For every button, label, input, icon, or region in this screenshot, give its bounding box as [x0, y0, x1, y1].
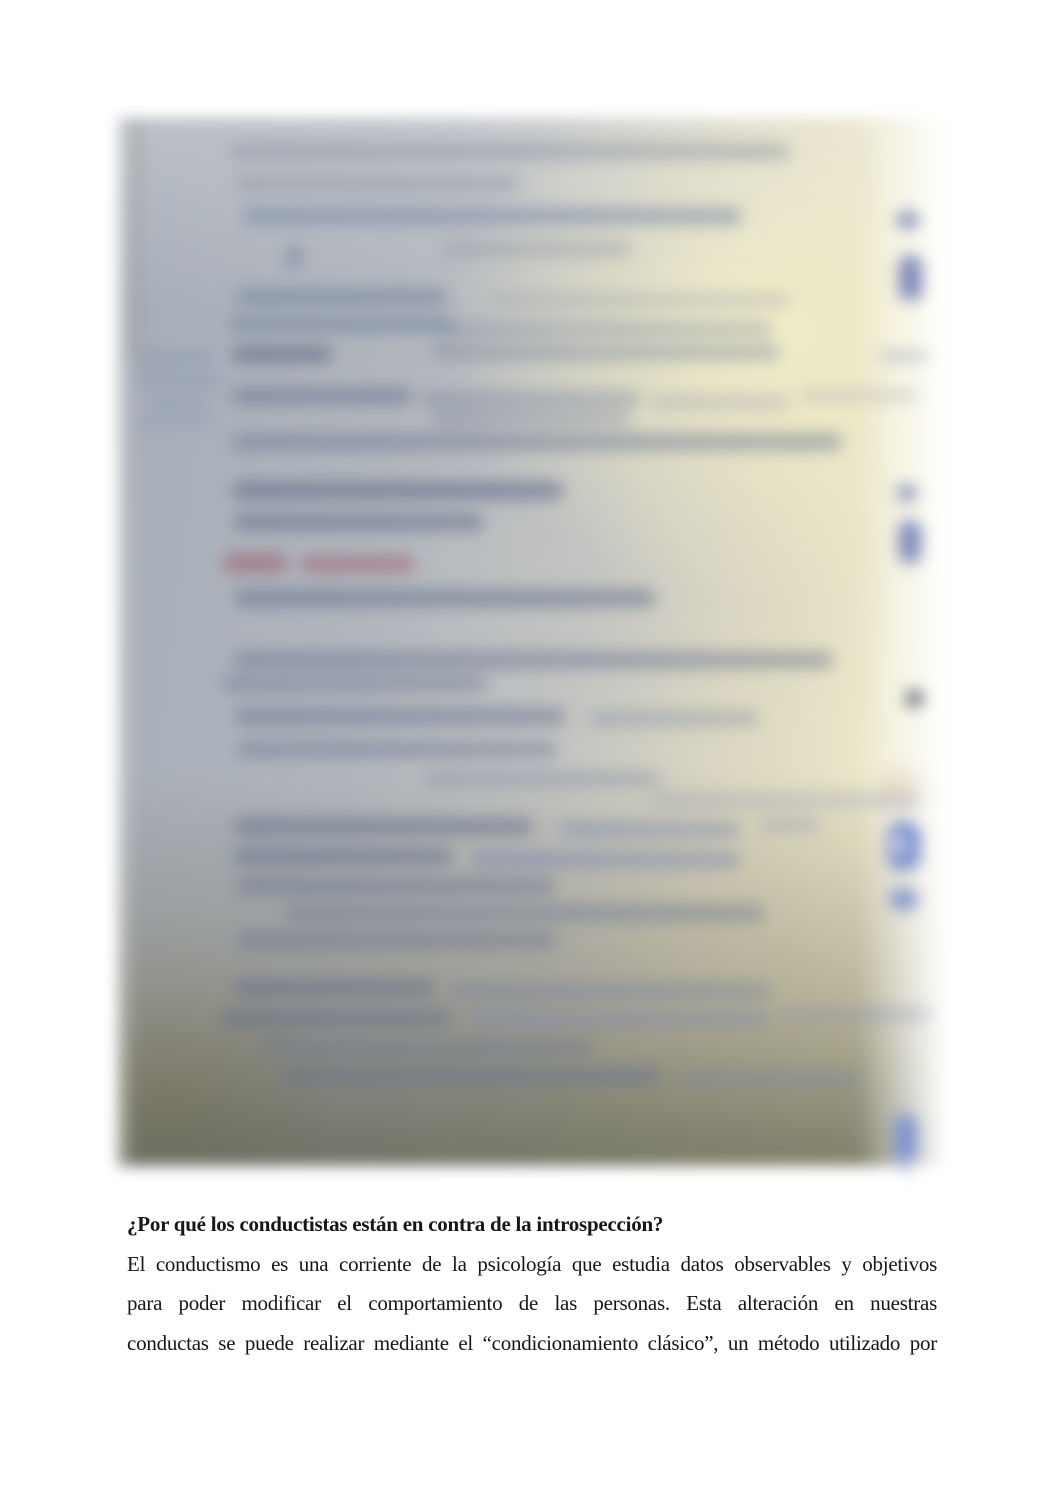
handwriting-stroke: [235, 708, 565, 725]
handwriting-stroke: [232, 434, 842, 450]
handwriting-stroke: [300, 556, 415, 572]
text-section: ¿Por qué los conductistas están en contr…: [127, 1205, 937, 1363]
paragraph-line: conductas se puede realizar mediante el …: [127, 1324, 937, 1364]
handwriting-stroke: [224, 554, 288, 572]
handwriting-stroke: [780, 1008, 930, 1020]
handwriting-stroke: [230, 144, 790, 159]
handwriting-stroke: [890, 888, 918, 910]
handwriting-stroke: [800, 390, 920, 401]
handwriting-stroke: [899, 1158, 912, 1174]
handwriting-stroke: [906, 690, 923, 707]
handwriting-stroke: [490, 294, 790, 307]
handwriting-stroke: [650, 396, 790, 408]
handwriting-stroke: [222, 1010, 452, 1026]
handwriting-stroke: [285, 905, 765, 921]
handwriting-stroke: [899, 255, 922, 301]
notebook-photo: [118, 118, 940, 1166]
handwriting-stroke: [880, 352, 928, 360]
handwriting-stroke: [894, 834, 906, 856]
handwriting-stroke: [899, 520, 921, 564]
handwriting-stroke: [237, 932, 557, 948]
handwriting-stroke: [234, 514, 484, 530]
handwriting-stroke: [560, 822, 740, 837]
handwriting-stroke: [235, 878, 555, 894]
handwriting-stroke: [233, 652, 833, 668]
handwriting-stroke: [262, 1040, 592, 1055]
handwriting-stroke: [235, 176, 520, 191]
handwriting-stroke: [237, 289, 447, 305]
handwriting-stroke: [120, 118, 128, 1166]
handwriting-stroke: [442, 242, 632, 256]
handwriting-stroke: [235, 590, 655, 606]
document-page: ¿Por qué los conductistas están en contr…: [0, 0, 1062, 1503]
handwriting-stroke: [150, 398, 210, 409]
handwriting-stroke: [430, 412, 630, 425]
handwriting-stroke: [242, 208, 742, 224]
handwriting-stroke: [650, 795, 920, 806]
handwriting-stroke: [432, 322, 772, 336]
handwriting-stroke: [470, 852, 740, 867]
handwriting-stroke: [895, 1114, 917, 1162]
handwriting-stroke: [235, 980, 435, 996]
handwriting-stroke: [132, 122, 137, 362]
handwriting-stroke: [233, 848, 453, 865]
handwriting-stroke: [233, 818, 533, 835]
handwriting-stroke: [897, 485, 917, 501]
handwriting-stroke: [680, 1072, 860, 1085]
handwriting-stroke: [233, 482, 563, 499]
handwriting-stroke: [140, 418, 210, 427]
handwriting-stroke: [222, 676, 487, 691]
handwriting-stroke: [590, 712, 760, 725]
handwriting-stroke: [470, 1012, 770, 1026]
handwriting-stroke: [430, 345, 780, 360]
handwriting-stroke: [420, 392, 640, 406]
question-heading: ¿Por qué los conductistas están en contr…: [127, 1205, 937, 1245]
handwriting-stroke: [232, 388, 412, 404]
handwriting-stroke: [286, 246, 303, 268]
handwriting-stroke: [140, 352, 215, 363]
paragraph-line: El conductismo es una corriente de la ps…: [127, 1245, 937, 1285]
handwriting-stroke: [450, 984, 770, 998]
handwriting-stroke: [232, 347, 332, 362]
handwriting-strokes-layer: [118, 118, 940, 1166]
handwriting-stroke: [897, 212, 919, 228]
handwriting-stroke: [230, 317, 455, 332]
handwriting-stroke: [760, 818, 820, 831]
handwriting-stroke: [136, 374, 221, 385]
handwriting-stroke: [237, 742, 557, 757]
paragraph-line: para poder modificar el comportamiento d…: [127, 1284, 937, 1324]
handwriting-stroke: [425, 772, 660, 785]
handwriting-stroke: [282, 1068, 662, 1084]
